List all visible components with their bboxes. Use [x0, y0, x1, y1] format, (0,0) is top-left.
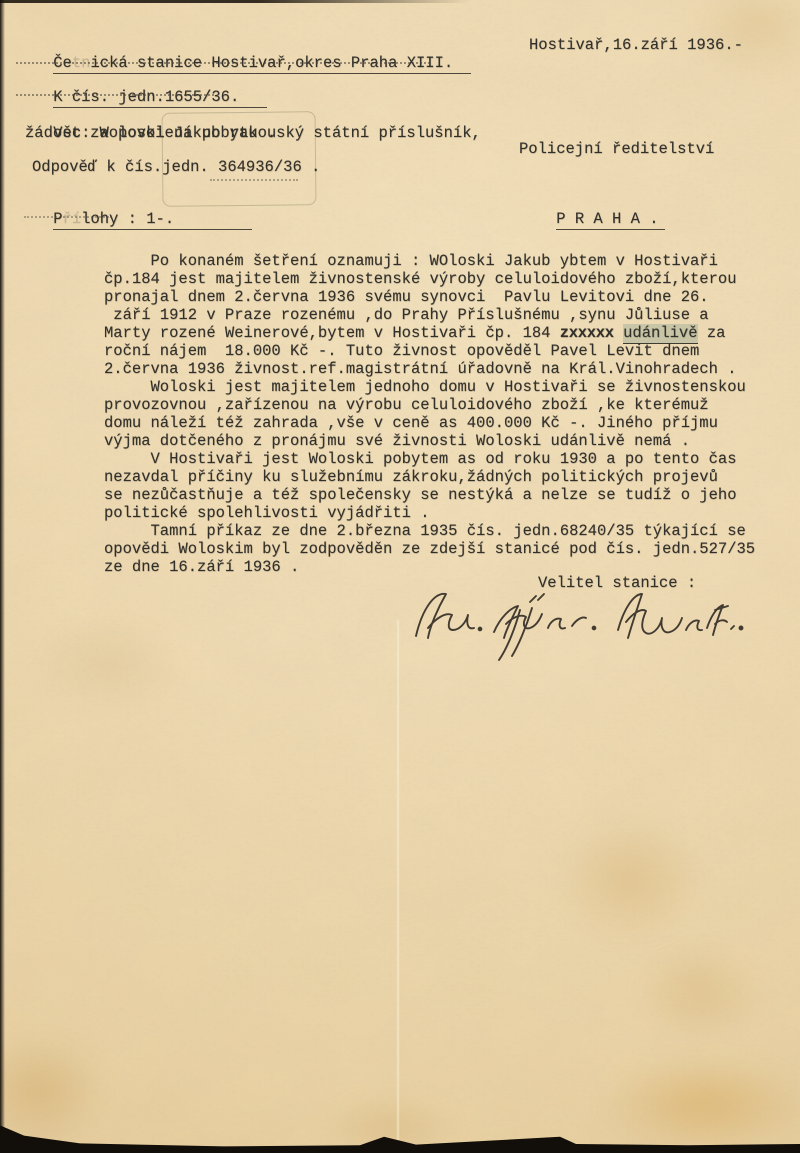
body-line: V Hostivaři jest Woloski pobytem as od r… — [104, 450, 796, 468]
body-line: se nezůčastňuje a též společensky se nes… — [104, 486, 796, 504]
enclosures-part: P — [53, 210, 62, 228]
dotted-mark — [24, 214, 112, 218]
reply-reference: Odpověď k čís.jedn. 364936/36 . — [32, 158, 320, 176]
recipient-city: P R A H A . — [519, 192, 665, 248]
body-line: čp.184 jest majitelem živnostenské výrob… — [104, 270, 796, 288]
dotted-rule — [16, 60, 430, 64]
paper-stain — [0, 1035, 105, 1145]
paper-stain — [600, 1055, 800, 1153]
paper-fold-line — [397, 620, 399, 1150]
body-line: nezavdal příčiny ku služebnímu zákroku,ž… — [104, 468, 796, 486]
body-line: roční nájem 18.000 Kč -. Tuto živnost op… — [104, 342, 796, 360]
enclosures-part: lohy : 1-. — [81, 210, 174, 228]
enclosures-faded-part: ří — [63, 210, 82, 228]
paper-stain — [635, 945, 765, 1040]
body-line: pronajal dnem 2.června 1936 svému synovc… — [104, 288, 796, 306]
scanned-letter-page: Četnická stanice Hostivař,okres Praha XI… — [0, 0, 800, 1153]
paper-stain — [555, 815, 705, 945]
body-line: Marty rozené Weinerové,bytem v Hostivaři… — [104, 324, 796, 342]
body-line: 2.června 1936 živnost.ref.magistrátní úř… — [104, 360, 796, 378]
body-line: výjma dotčeného z pronájmu své živnosti … — [104, 432, 796, 450]
dotted-rule — [16, 92, 214, 96]
recipient-office: Policejní ředitelství — [519, 140, 714, 158]
body-line: provozovnou ,zařízenou na výrobu celuloi… — [104, 396, 796, 414]
enclosures-line: Přílohy : 1-. — [16, 192, 252, 248]
body-line: Tamní příkaz ze dne 2.března 1935 čís. j… — [104, 522, 796, 540]
body-line: září 1912 v Praze rozenému ,do Prahy Pří… — [104, 306, 796, 324]
body-line: domu náleží též zahrada ,vše v ceně as 4… — [104, 414, 796, 432]
body-line: opovědi Woloskim byl zodpověděn ze zdejš… — [104, 540, 796, 558]
dotted-mark — [210, 177, 298, 181]
scan-edge-bottom — [0, 1123, 800, 1153]
paper-stain — [40, 620, 180, 710]
body-line: Woloski jest majitelem jednoho domu v Ho… — [104, 378, 796, 396]
scan-edge-top — [0, 0, 470, 3]
scan-edge-left — [0, 0, 5, 1153]
subject-line-2: žádost za povolení pobytu . — [25, 124, 276, 142]
body-line: politické spolehlivosti vyjádřiti . — [104, 504, 796, 522]
body-line: Po konaném šetření oznamuji : WOloski Ja… — [104, 252, 796, 270]
letter-body: Po konaném šetření oznamuji : WOloski Ja… — [104, 252, 796, 576]
handwritten-signature — [402, 584, 747, 664]
place-date: Hostivař,16.září 1936.- — [529, 36, 743, 54]
